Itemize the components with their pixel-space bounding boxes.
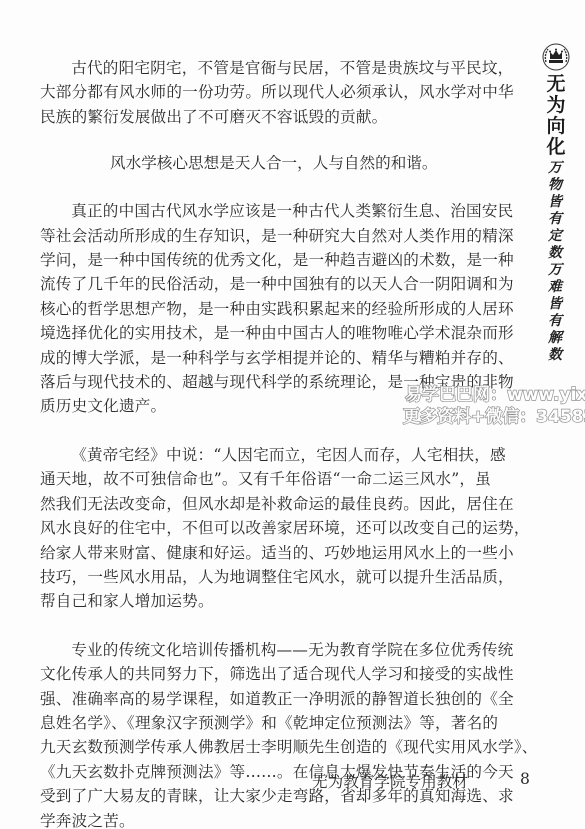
core-idea-motto: 风水学核心思想是天人合一，人与自然的和谐。 — [40, 151, 526, 175]
brand-name-vertical: 无为向化 — [544, 74, 568, 158]
text-line: 境选择优化的实用技术，是一种由中国古人的唯物唯心学术混杂而形 — [40, 321, 526, 345]
text-line: 等社会活动所形成的生存知识，是一种研究大自然对人类作用的精深 — [40, 224, 526, 248]
watermark-website: 易学巴巴网：www.yixue88.cn — [405, 385, 585, 405]
text-line: 给家人带来财富、健康和好运。适当的、巧妙地运用风水上的一些小 — [40, 541, 526, 565]
text-line: 通天地，故不可独信命也”。又有千年俗语“一命二运三风水”，虽 — [40, 467, 526, 491]
text-line: 民族的繁衍发展做出了不可磨灭不容诋毁的贡献。 — [40, 105, 526, 129]
footer-title: 无为教育学院专用教材 — [312, 773, 468, 791]
text-line: 古代的阳宅阴宅，不管是官衙与民居，不管是贵族坟与平民坟， — [40, 56, 526, 80]
paragraph-huangdi-zhaijing: 《黄帝宅经》中说：“人因宅而立，宅因人而存，人宅相扶，感 通天地，故不可独信命也… — [40, 443, 526, 614]
text-line: 《黄帝宅经》中说：“人因宅而立，宅因人而存，人宅相扶，感 — [40, 443, 526, 467]
text-line: 学问，是一种中国传统的优秀文化，是一种趋吉避凶的术数，是一种 — [40, 248, 526, 272]
text-line: 核心的哲学思想产物，是一种由实践积累起来的经验所形成的人居环 — [40, 297, 526, 321]
text-line: 专业的传统文化培训传播机构——无为教育学院在多位优秀传统 — [40, 638, 526, 662]
paragraph-institute: 专业的传统文化培训传播机构——无为教育学院在多位优秀传统 文化传承人的共同努力下… — [40, 638, 526, 829]
text-line: 然我们无法改变命，但风水却是补救命运的最佳良药。因此，居住在 — [40, 492, 526, 516]
text-line: 强、准确率高的易学课程，如道教正一净明派的静智道长独创的《全 — [40, 687, 526, 711]
text-line: 文化传承人的共同努力下，筛选出了适合现代人学习和接受的实战性 — [40, 662, 526, 686]
slogan-vertical-1: 万物皆有定数 — [546, 160, 564, 262]
text-line: 流传了几千年的民俗活动，是一种中国独有的以天人合一阴阳调和为 — [40, 272, 526, 296]
paragraph-history: 古代的阳宅阴宅，不管是官衙与民居，不管是贵族坟与平民坟， 大部分都有风水师的一份… — [40, 56, 526, 129]
text-line: 九天玄数预测学传承人佛教居士李明顺先生创造的《现代实用风水学》、 — [40, 735, 526, 759]
side-branding: 无为向化 — [538, 42, 574, 158]
text-line: 风水良好的住宅中，不但可以改善家居环境，还可以改变自己的运势， — [40, 516, 526, 540]
page-number: 8 — [520, 770, 530, 788]
text-line: 学奔波之苦。 — [40, 809, 526, 829]
watermark-overlay: 易学巴巴网：www.yixue88.cn 更多资料+微信：3458344044 — [405, 384, 585, 428]
page-footer: 无为教育学院专用教材 8 — [312, 770, 468, 792]
document-page: 古代的阳宅阴宅，不管是官衙与民居，不管是贵族坟与平民坟， 大部分都有风水师的一份… — [0, 0, 585, 829]
text-line: 成的博大学派，是一种科学与玄学相提并论的、精华与糟粕并存的、 — [40, 346, 526, 370]
text-line: 真正的中国古代风水学应该是一种古代人类繁衍生息、治国安民 — [40, 199, 526, 223]
text-line: 帮自己和家人增加运势。 — [40, 589, 526, 613]
slogan-vertical-2: 万难皆有解数 — [546, 262, 564, 364]
text-line: 大部分都有风水师的一份功劳。所以现代人必须承认，风水学对中华 — [40, 80, 526, 104]
text-line: 技巧，一些风水用品，人为地调整住宅风水，就可以提升生活品质， — [40, 565, 526, 589]
crown-laurel-emblem-icon — [541, 42, 571, 72]
watermark-wechat: 更多资料+微信：3458344044 — [403, 406, 585, 428]
text-line: 息姓名学》、《理象汉字预测学》和《乾坤定位预测法》等，著名的 — [40, 711, 526, 735]
body-text: 古代的阳宅阴宅，不管是官衙与民居，不管是贵族坟与平民坟， 大部分都有风水师的一份… — [40, 56, 526, 829]
